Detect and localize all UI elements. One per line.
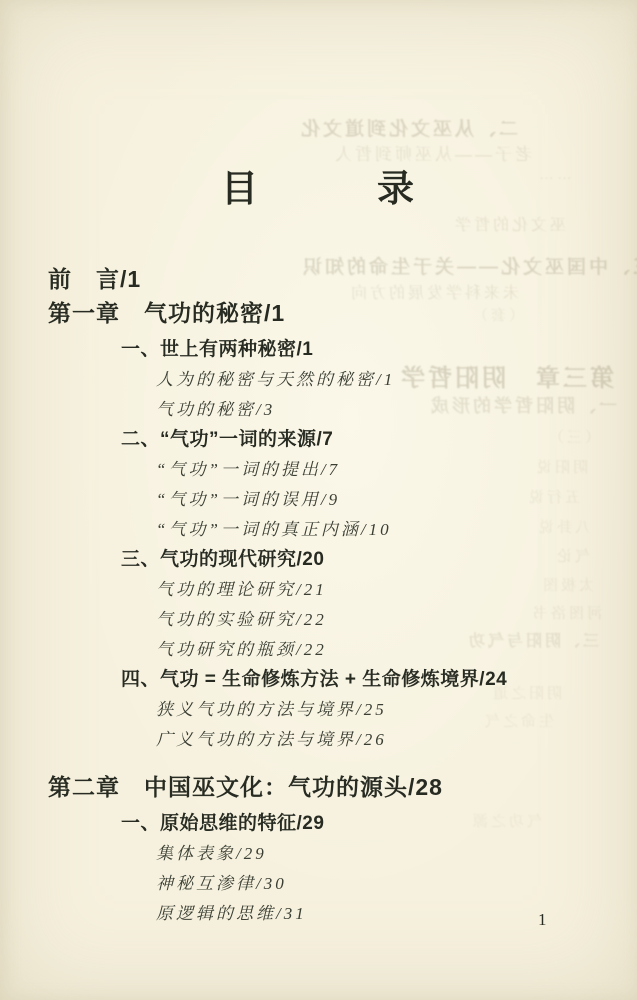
toc-entry-sub: “气功”一词的提出/7 bbox=[0, 455, 637, 485]
toc-entry-text: 集体表象/29 bbox=[156, 844, 267, 863]
toc-entry-chapter: 第一章 气功的秘密/1 bbox=[0, 296, 637, 330]
toc-entry-text: 人为的秘密与天然的秘密/1 bbox=[156, 370, 395, 389]
toc-entry-sub: 人为的秘密与天然的秘密/1 bbox=[0, 365, 637, 395]
toc-entry-sub: 气功的理论研究/21 bbox=[0, 575, 637, 605]
table-of-contents: 前 言/1第一章 气功的秘密/1一、世上有两种秘密/1人为的秘密与天然的秘密/1… bbox=[0, 262, 637, 929]
toc-entry-chapter: 第二章 中国巫文化：气功的源头/28 bbox=[0, 770, 637, 804]
toc-entry-text: 气功的实验研究/22 bbox=[156, 610, 327, 629]
toc-entry-sub: 集体表象/29 bbox=[0, 839, 637, 869]
toc-entry-sub: 气功的秘密/3 bbox=[0, 395, 637, 425]
toc-entry-sub: 神秘互渗律/30 bbox=[0, 869, 637, 899]
toc-entry-sub: 狭义气功的方法与境界/25 bbox=[0, 695, 637, 725]
toc-entry-chapter: 前 言/1 bbox=[0, 262, 637, 296]
toc-entry-text: 一、原始思维的特征/29 bbox=[121, 813, 324, 834]
toc-entry-sub: 广义气功的方法与境界/26 bbox=[0, 725, 637, 755]
toc-entry-sub: 气功研究的瓶颈/22 bbox=[0, 635, 637, 665]
page-number: 1 bbox=[538, 908, 547, 932]
toc-entry-text: 第一章 气功的秘密/1 bbox=[48, 300, 285, 326]
toc-entry-text: “气功”一词的真正内涵/10 bbox=[156, 520, 392, 539]
scanned-page: 二、从巫文化到道文化老子——从巫师到哲人……巫文化的哲学三、中国巫文化——关于生… bbox=[0, 0, 637, 1000]
page-title: 目 录 bbox=[0, 166, 637, 212]
toc-entry-text: 二、“气功”一词的来源/7 bbox=[121, 429, 333, 450]
toc-entry-text: 狭义气功的方法与境界/25 bbox=[156, 700, 387, 719]
toc-entry-text: “气功”一词的提出/7 bbox=[156, 460, 340, 479]
toc-entry-sub: 气功的实验研究/22 bbox=[0, 605, 637, 635]
toc-entry-text: 三、气功的现代研究/20 bbox=[121, 549, 324, 570]
bleedthrough-text: 巫文化的哲学 bbox=[452, 212, 566, 235]
toc-entry-text: 气功的理论研究/21 bbox=[156, 580, 327, 599]
toc-entry-text: 气功的秘密/3 bbox=[156, 400, 275, 419]
bleedthrough-text: 老子——从巫师到哲人 bbox=[332, 140, 532, 165]
toc-entry-text: 四、气功 = 生命修炼方法 + 生命修炼境界/24 bbox=[121, 669, 507, 690]
toc-entry-text: 第二章 中国巫文化：气功的源头/28 bbox=[48, 774, 443, 800]
bleedthrough-text: 二、从巫文化到道文化 bbox=[298, 114, 518, 141]
toc-entry-section: 四、气功 = 生命修炼方法 + 生命修炼境界/24 bbox=[0, 665, 637, 695]
toc-entry-text: 广义气功的方法与境界/26 bbox=[156, 730, 387, 749]
toc-entry-sub: “气功”一词的真正内涵/10 bbox=[0, 515, 637, 545]
toc-entry-section: 一、原始思维的特征/29 bbox=[0, 809, 637, 839]
toc-entry-text: 前 言/1 bbox=[48, 266, 141, 292]
toc-entry-text: 一、世上有两种秘密/1 bbox=[121, 339, 313, 360]
toc-entry-section: 一、世上有两种秘密/1 bbox=[0, 335, 637, 365]
toc-entry-section: 三、气功的现代研究/20 bbox=[0, 545, 637, 575]
toc-entry-sub: “气功”一词的误用/9 bbox=[0, 485, 637, 515]
toc-entry-text: 原逻辑的思维/31 bbox=[156, 904, 307, 923]
toc-entry-section: 二、“气功”一词的来源/7 bbox=[0, 425, 637, 455]
toc-entry-text: “气功”一词的误用/9 bbox=[156, 490, 340, 509]
toc-entry-text: 气功研究的瓶颈/22 bbox=[156, 640, 327, 659]
toc-entry-text: 神秘互渗律/30 bbox=[156, 874, 287, 893]
